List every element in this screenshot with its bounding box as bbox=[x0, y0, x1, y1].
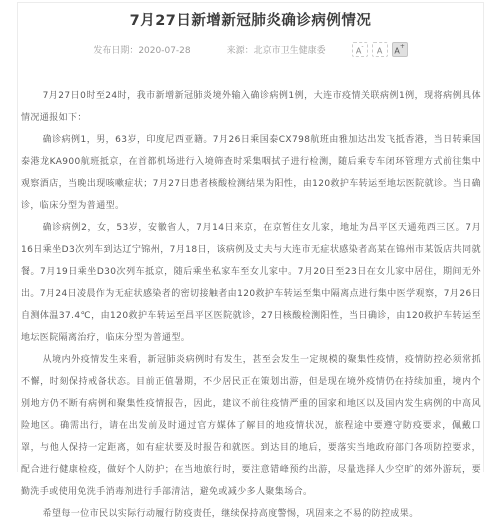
article-page: 7月27日新增新冠肺炎确诊病例情况 发布日期：2020-07-28 来源：北京市… bbox=[17, 2, 484, 442]
font-decrease-sup: - bbox=[361, 43, 363, 50]
font-normal-label: A bbox=[377, 46, 382, 55]
article-paragraph: 7月27日0时至24时，我市新增新冠肺炎境外输入确诊病例1例，大连市疫情关联病例… bbox=[21, 85, 481, 129]
font-decrease-button[interactable]: A- bbox=[352, 42, 368, 57]
publish-date: 发布日期：2020-07-28 bbox=[93, 43, 190, 56]
article-paragraph: 确诊病例1，男，63岁，印度尼西亚籍。7月26日乘国泰CX798航班由雅加达出发… bbox=[21, 129, 481, 217]
article-meta-row: 发布日期：2020-07-28 来源：北京市卫生健康委 A- A A+ bbox=[18, 41, 483, 57]
font-size-controls: A- A A+ bbox=[352, 42, 408, 57]
publish-date-value: 2020-07-28 bbox=[138, 46, 190, 56]
font-increase-button[interactable]: A+ bbox=[392, 42, 408, 57]
font-normal-button[interactable]: A bbox=[372, 42, 388, 57]
page-title: 7月27日新增新冠肺炎确诊病例情况 bbox=[18, 3, 483, 32]
source: 来源：北京市卫生健康委 bbox=[227, 43, 326, 56]
font-increase-sup: + bbox=[400, 43, 405, 50]
article-body: 7月27日0时至24时，我市新增新冠肺炎境外输入确诊病例1例，大连市疫情关联病例… bbox=[18, 85, 483, 442]
source-label: 来源： bbox=[227, 46, 254, 56]
article-paragraph: 从境内外疫情发生来看，新冠肺炎病例时有发生，甚至会发生一定规模的聚集性疫情，疫情… bbox=[21, 349, 481, 442]
publish-date-label: 发布日期： bbox=[93, 46, 138, 56]
source-value: 北京市卫生健康委 bbox=[254, 46, 326, 56]
article-paragraph: 确诊病例2，女，53岁，安徽省人，7月14日来京，在京暂住女儿家，地址为昌平区天… bbox=[21, 217, 481, 349]
